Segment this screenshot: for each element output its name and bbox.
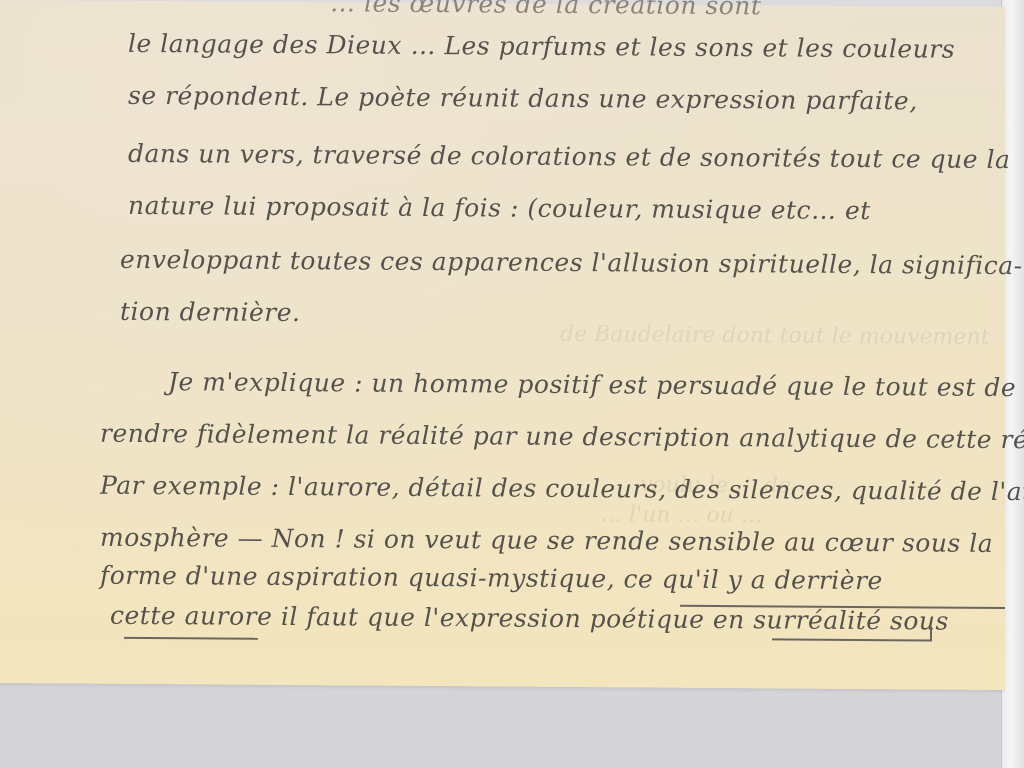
manuscript-page: de Baudelaire dont tout le mouvement vou… — [0, 0, 1005, 690]
manuscript-line: tion dernière. — [120, 297, 300, 327]
bleed-through-text: … l'un … ou … — [600, 502, 763, 528]
manuscript-line: … les œuvres de la création sont — [330, 0, 761, 20]
manuscript-line: nature lui proposait à la fois : (couleu… — [128, 191, 871, 225]
manuscript-line: Par exemple : l'aurore, détail des coule… — [100, 471, 1024, 507]
manuscript-line: enveloppant toutes ces apparences l'allu… — [120, 245, 1023, 280]
manuscript-line: dans un vers, traversé de colorations et… — [128, 139, 1010, 174]
bleed-through-text: de Baudelaire dont tout le mouvement — [560, 322, 989, 350]
photo-scene: de Baudelaire dont tout le mouvement vou… — [0, 0, 1024, 768]
manuscript-line: se répondent. Le poète réunit dans une e… — [128, 81, 918, 116]
manuscript-line: rendre fidèlement la réalité par une des… — [100, 419, 1024, 455]
underline-mark — [772, 638, 932, 641]
underline-bracket-tick — [930, 626, 932, 640]
manuscript-line: mosphère — Non ! si on veut que se rende… — [100, 523, 993, 558]
manuscript-line: Je m'explique : un homme positif est per… — [168, 367, 1016, 402]
underline-mark — [124, 637, 258, 640]
manuscript-line: forme d'une aspiration quasi-mystique, c… — [100, 561, 883, 595]
manuscript-line: cette aurore il faut que l'expression po… — [110, 601, 949, 636]
line-text: cette aurore il faut que l'expression po… — [110, 601, 949, 636]
manuscript-line: le langage des Dieux … Les parfums et le… — [128, 29, 955, 64]
line-text: forme d'une aspiration quasi-mystique, c… — [100, 561, 883, 595]
